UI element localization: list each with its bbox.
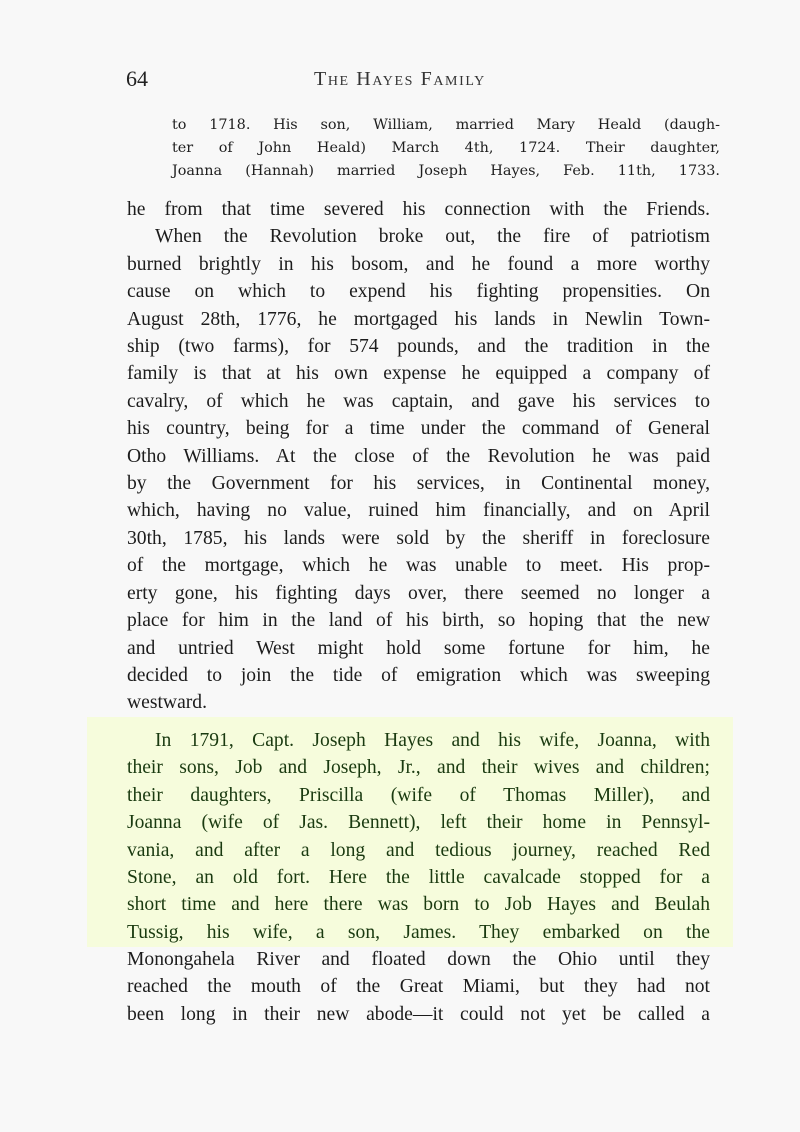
paragraph-2-line: his country, being for a time under the …: [127, 415, 710, 442]
continuation-text: Monongahela River and floated down the O…: [127, 946, 710, 1028]
highlighted-line: their daughters, Priscilla (wife of Thom…: [127, 782, 710, 809]
paragraph-2-line: Otho Williams. At the close of the Revol…: [127, 443, 710, 470]
paragraph-2-line: When the Revolution broke out, the fire …: [127, 223, 710, 250]
paragraph-2-line: cause on which to expend his fighting pr…: [127, 278, 710, 305]
paragraph-2-line: ship (two farms), for 574 pounds, and th…: [127, 333, 710, 360]
paragraph-2-line: and untried West might hold some fortune…: [127, 635, 710, 662]
paragraph-2-line: burned brightly in his bosom, and he fou…: [127, 251, 710, 278]
highlighted-line: their sons, Job and Joseph, Jr., and the…: [127, 754, 710, 781]
paragraph-2-line: place for him in the land of his birth, …: [127, 607, 710, 634]
running-head: 64 The Hayes Family: [126, 66, 726, 96]
running-title: The Hayes Family: [314, 68, 486, 91]
body-text: he from that time severed his connection…: [127, 196, 710, 717]
paragraph-2-line: family is that at his own expense he equ…: [127, 360, 710, 387]
highlighted-line: short time and here there was born to Jo…: [127, 891, 710, 918]
book-page: 64 The Hayes Family to 1718. His son, Wi…: [0, 0, 800, 1132]
paragraph-2-line: which, having no value, ruined him finan…: [127, 497, 710, 524]
footnote-line: Joanna (Hannah) married Joseph Hayes, Fe…: [172, 160, 720, 183]
paragraph-2-line: erty gone, his fighting days over, there…: [127, 580, 710, 607]
paragraph-2-line: August 28th, 1776, he mortgaged his land…: [127, 306, 710, 333]
paragraph-1-line: he from that time severed his connection…: [127, 196, 710, 223]
paragraph-2-line: 30th, 1785, his lands were sold by the s…: [127, 525, 710, 552]
footnote-block: to 1718. His son, William, married Mary …: [172, 114, 720, 183]
footnote-line: to 1718. His son, William, married Mary …: [172, 114, 720, 137]
paragraph-2-line: of the mortgage, which he was unable to …: [127, 552, 710, 579]
footnote-line: ter of John Heald) March 4th, 1724. Thei…: [172, 137, 720, 160]
continuation-line: Monongahela River and floated down the O…: [127, 946, 710, 973]
highlighted-line: vania, and after a long and tedious jour…: [127, 837, 710, 864]
highlighted-line: Tussig, his wife, a son, James. They emb…: [127, 919, 710, 946]
paragraph-2-line: westward.: [127, 689, 710, 716]
paragraph-2-line: decided to join the tide of emigration w…: [127, 662, 710, 689]
paragraph-2-line: by the Government for his services, in C…: [127, 470, 710, 497]
paragraph-2-line: cavalry, of which he was captain, and ga…: [127, 388, 710, 415]
continuation-line: been long in their new abode—it could no…: [127, 1001, 710, 1028]
page-number: 64: [126, 66, 148, 92]
highlighted-line: Stone, an old fort. Here the little cava…: [127, 864, 710, 891]
continuation-line: reached the mouth of the Great Miami, bu…: [127, 973, 710, 1000]
highlighted-line: Joanna (wife of Jas. Bennett), left thei…: [127, 809, 710, 836]
highlighted-paragraph[interactable]: In 1791, Capt. Joseph Hayes and his wife…: [127, 727, 710, 946]
highlighted-line: In 1791, Capt. Joseph Hayes and his wife…: [127, 727, 710, 754]
